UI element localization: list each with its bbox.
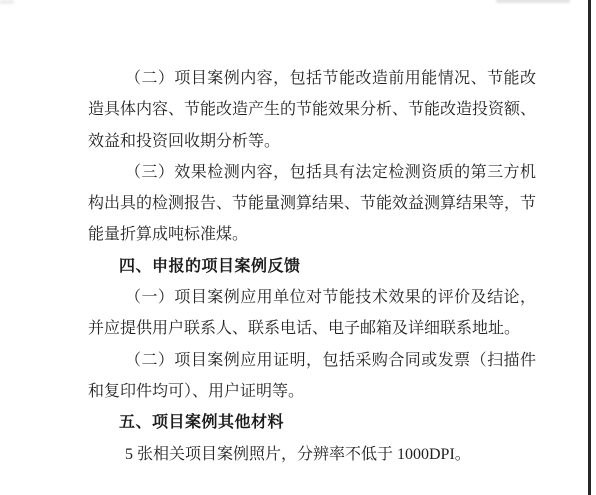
paragraph-line: （一）项目案例应用单位对节能技术效果的评价及结论， [88, 282, 536, 313]
scan-artifact-corner [0, 0, 14, 4]
section-heading-5: 五、项目案例其他材料 [88, 407, 536, 438]
scan-artifact-top [496, 0, 570, 3]
scanned-document-page: （二）项目案例内容，包括节能改造前用能情况、节能改 造具体内容、节能改造产生的节… [0, 0, 596, 495]
paragraph-line: 效益和投资回收期分析等。 [88, 126, 536, 157]
paragraph-line: （二）项目案例应用证明，包括采购合同或发票（扫描件 [88, 345, 536, 376]
section-heading-4: 四、申报的项目案例反馈 [88, 251, 536, 282]
document-body: （二）项目案例内容，包括节能改造前用能情况、节能改 造具体内容、节能改造产生的节… [88, 63, 536, 470]
paragraph-line: 并应提供用户联系人、联系电话、电子邮箱及详细联系地址。 [88, 313, 536, 344]
scan-edge-line [588, 0, 591, 495]
paragraph-line: 和复印件均可）、用户证明等。 [88, 376, 536, 407]
paragraph-line: 构出具的检测报告、节能量测算结果、节能效益测算结果等，节 [88, 188, 536, 219]
paragraph-line: 能量折算成吨标准煤。 [88, 219, 536, 250]
paragraph-line: （三）效果检测内容，包括具有法定检测资质的第三方机 [88, 157, 536, 188]
paragraph-line: 造具体内容、节能改造产生的节能效果分析、节能改造投资额、 [88, 94, 536, 125]
paragraph-line: （二）项目案例内容，包括节能改造前用能情况、节能改 [88, 63, 536, 94]
paragraph-line: 5 张相关项目案例照片，分辨率不低于 1000DPI。 [88, 439, 536, 470]
